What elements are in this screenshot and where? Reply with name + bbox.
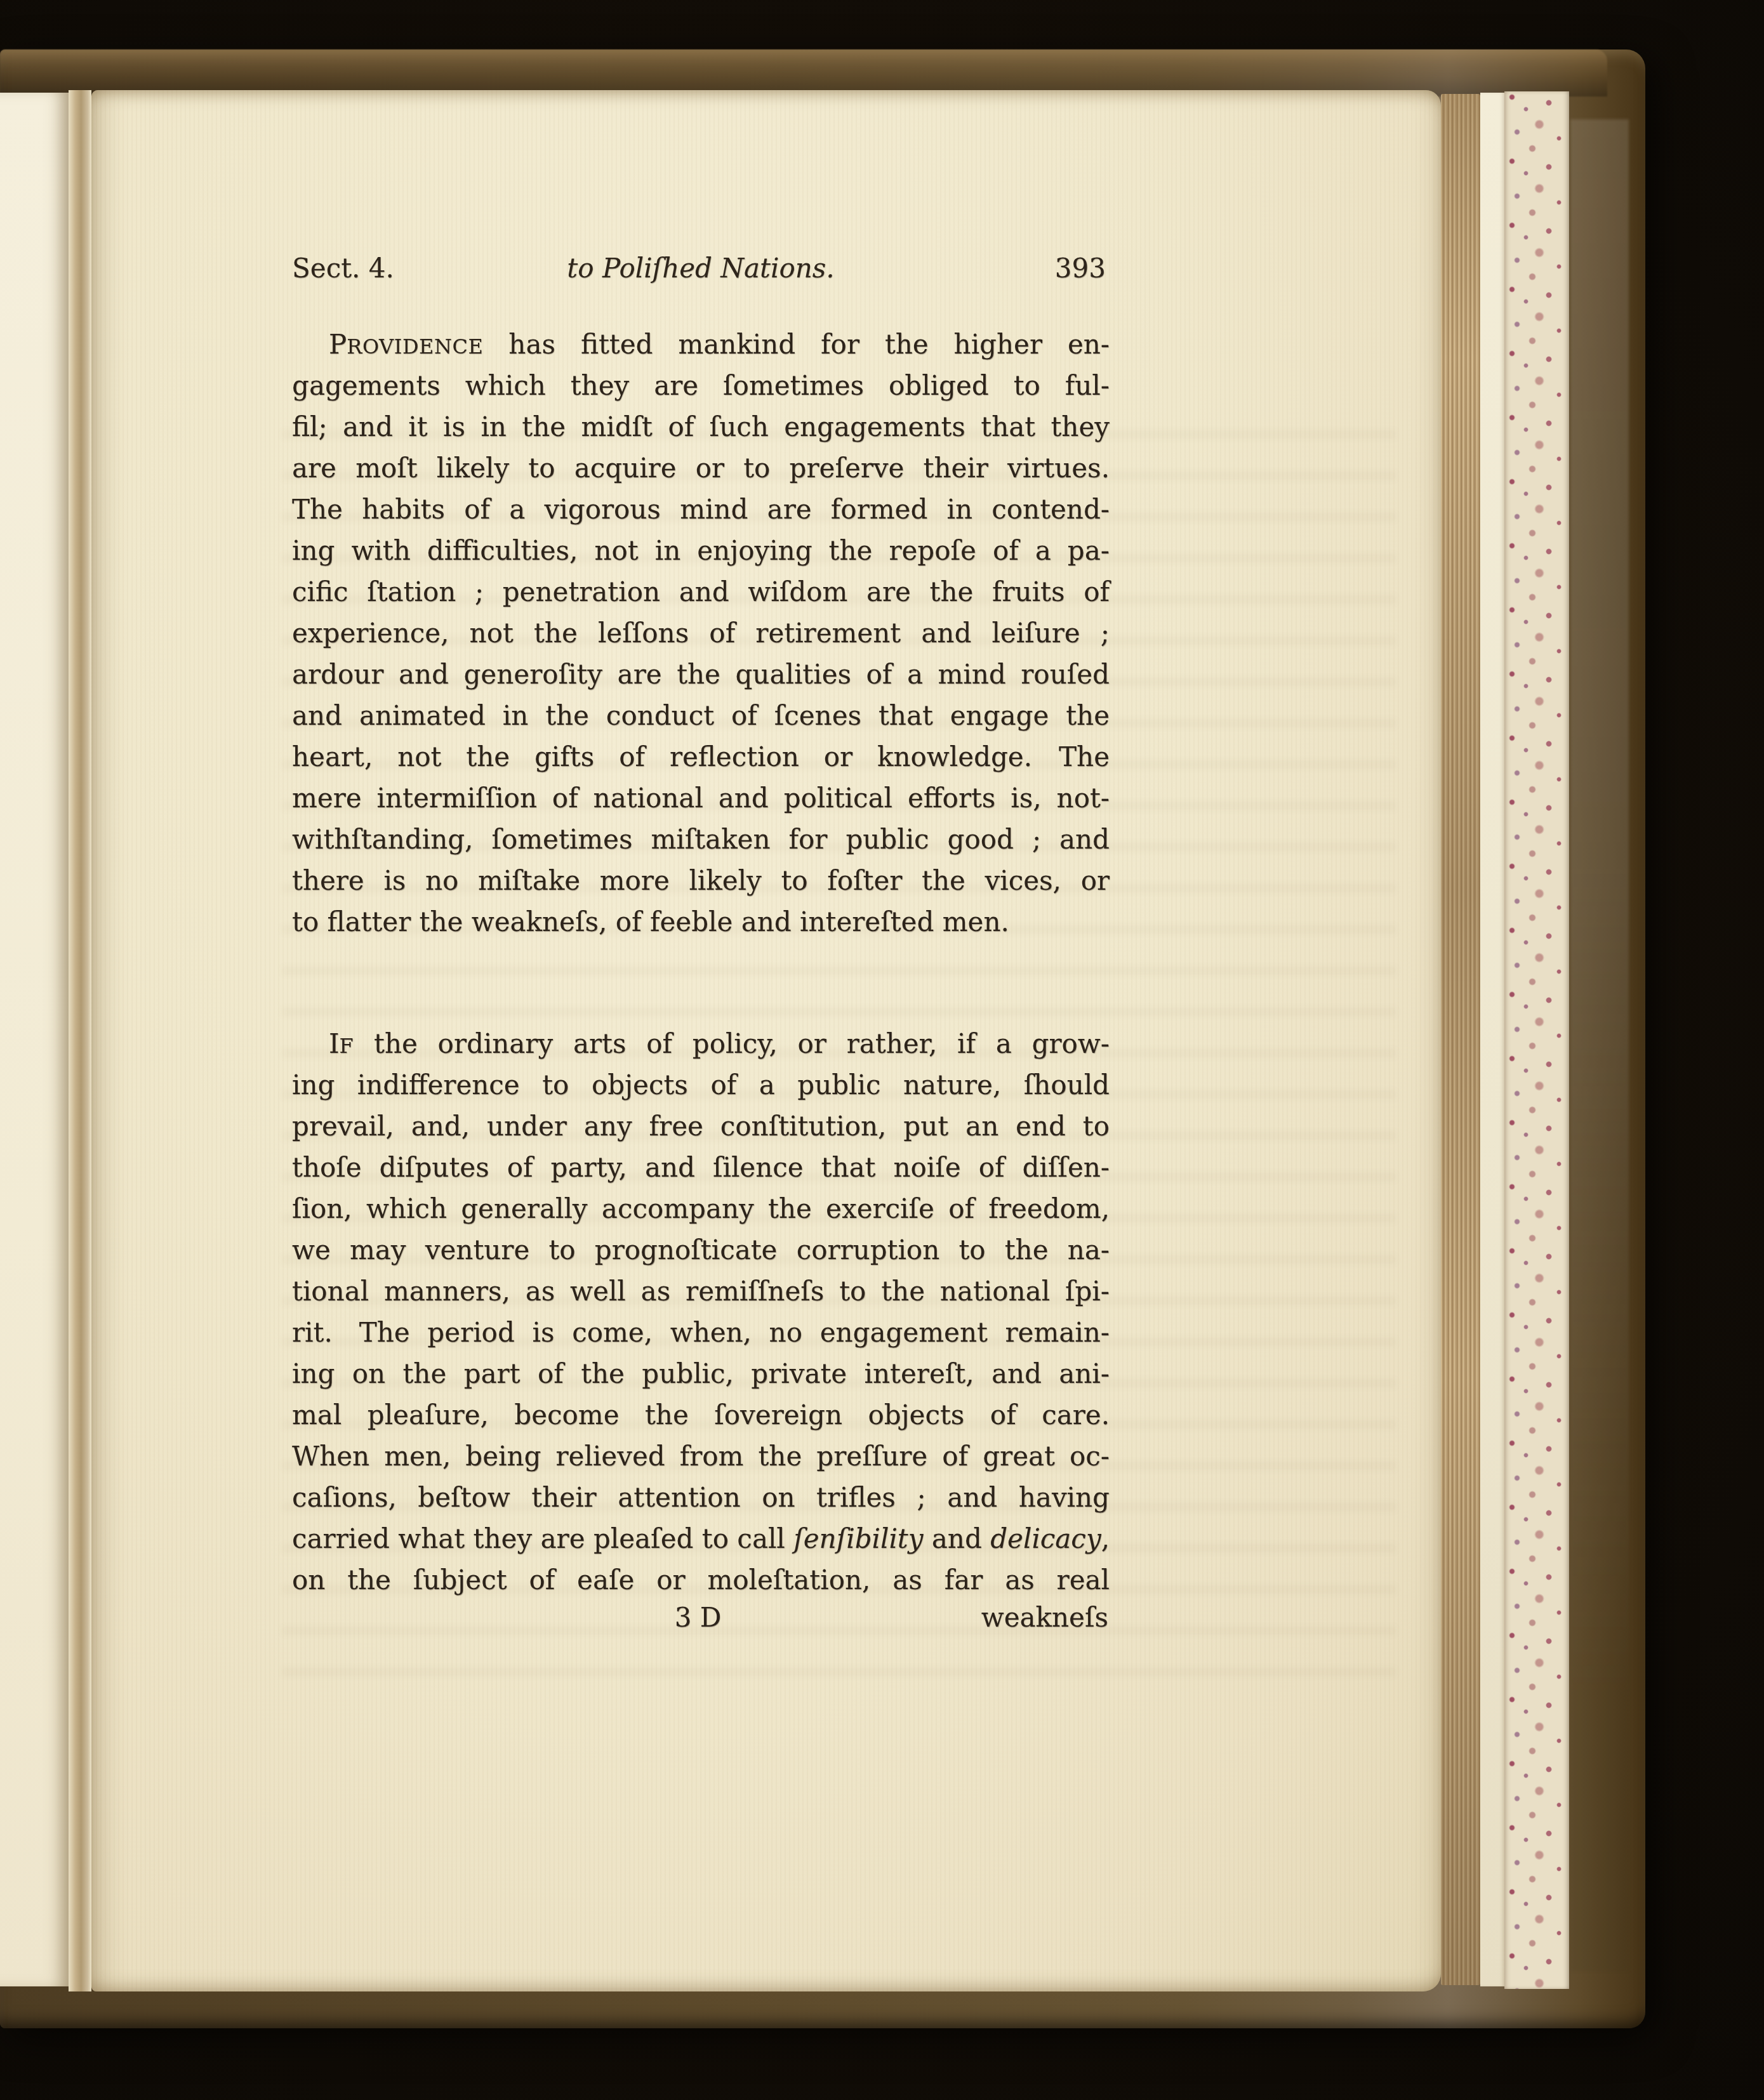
text-line: ing indifference to objects of a public …	[292, 1064, 1110, 1106]
text-segment: cific ſtation ; penetration and wiſdom a…	[292, 576, 1110, 607]
text-line: When men, being relieved from the preſſu…	[292, 1436, 1110, 1477]
text-line: caſions, beſtow their attention on trifl…	[292, 1477, 1110, 1518]
text-line: tional manners, as well as remiſſneſs to…	[292, 1271, 1110, 1312]
text-segment: ardour and generoſity are the qualities …	[292, 659, 1110, 690]
gutter-shadow	[69, 90, 91, 1991]
text-block: PROVIDENCE has fitted mankind for the hi…	[292, 324, 1110, 1638]
page-header: Sect. 4. to Poliſhed Nations. 393	[292, 246, 1110, 291]
running-title: to Poliſhed Nations.	[567, 246, 834, 291]
text-line: ing on the part of the public, private i…	[292, 1353, 1110, 1394]
text-line: we may venture to prognoſticate corrupti…	[292, 1229, 1110, 1271]
text-segment: caſions, beſtow their attention on trifl…	[292, 1482, 1110, 1513]
text-segment: and	[923, 1523, 990, 1554]
text-segment: heart, not the gifts of reflection or kn…	[292, 741, 1110, 772]
text-segment: mere intermiſſion of national and politi…	[292, 783, 1110, 814]
text-segment: and animated in the conduct of ſcenes th…	[292, 700, 1110, 731]
text-segment: I	[329, 1028, 340, 1059]
text-line: rit. The period is come, when, no engage…	[292, 1312, 1110, 1353]
text-line: mere intermiſſion of national and politi…	[292, 777, 1110, 819]
text-segment: we may venture to prognoſticate corrupti…	[292, 1234, 1110, 1265]
text-segment: When men, being relieved from the preſſu…	[292, 1441, 1110, 1472]
text-line: are moſt likely to acquire or to preſerv…	[292, 447, 1110, 489]
text-segment: has fitted mankind for the higher en-	[483, 329, 1110, 360]
text-line: ſion, which generally accompany the exer…	[292, 1188, 1110, 1229]
text-segment: on the ſubject of eaſe or moleſtation, a…	[292, 1564, 1110, 1595]
book-pages: Sect. 4. to Poliſhed Nations. 393 PROVID…	[0, 90, 1569, 1991]
text-segment: tional manners, as well as remiſſneſs to…	[292, 1276, 1110, 1307]
text-line: heart, not the gifts of reflection or kn…	[292, 736, 1110, 777]
text-line: experience, not the leſſons of retiremen…	[292, 612, 1110, 654]
text-line: carried what they are pleaſed to call ſe…	[292, 1518, 1110, 1559]
paragraph: IF the ordinary arts of policy, or rathe…	[292, 1023, 1110, 1601]
text-line: on the ſubject of eaſe or moleſtation, a…	[292, 1559, 1110, 1601]
fore-edge-page-stack	[1441, 94, 1480, 1985]
text-segment: ing indifference to objects of a public …	[292, 1069, 1110, 1100]
text-segment: to flatter the weakneſs, of feeble and i…	[292, 906, 1009, 937]
marbled-endpaper	[1504, 91, 1569, 1989]
text-segment: ſenſibility	[793, 1523, 923, 1554]
text-line: gagements which they are ſometimes oblig…	[292, 365, 1110, 406]
paragraph: PROVIDENCE has fitted mankind for the hi…	[292, 324, 1110, 942]
text-segment: rit. The period is come, when, no engage…	[292, 1317, 1110, 1348]
text-line: The habits of a vigorous mind are formed…	[292, 489, 1110, 530]
text-line: to flatter the weakneſs, of feeble and i…	[292, 901, 1110, 942]
text-line: withſtanding, ſometimes miſtaken for pub…	[292, 819, 1110, 860]
text-line: mal pleaſure, become the ſovereign objec…	[292, 1394, 1110, 1436]
text-line: ardour and generoſity are the qualities …	[292, 654, 1110, 695]
text-segment: experience, not the leſſons of retiremen…	[292, 617, 1110, 649]
text-segment: ROVIDENCE	[347, 334, 483, 359]
text-segment: gagements which they are ſometimes oblig…	[292, 370, 1110, 401]
facing-page-edge	[0, 93, 69, 1986]
text-segment: delicacy	[990, 1523, 1101, 1554]
text-line: thoſe diſputes of party, and ſilence tha…	[292, 1147, 1110, 1188]
signature-mark: 3 D	[675, 1597, 722, 1638]
top-page-edge-strip	[1480, 93, 1504, 1986]
photo-background: Sect. 4. to Poliſhed Nations. 393 PROVID…	[0, 0, 1764, 2100]
text-segment: are moſt likely to acquire or to preſerv…	[292, 452, 1110, 484]
text-line: PROVIDENCE has fitted mankind for the hi…	[292, 324, 1110, 365]
text-line: prevail, and, under any free conſtitutio…	[292, 1106, 1110, 1147]
text-segment: carried what they are pleaſed to call	[292, 1523, 793, 1554]
text-segment: ſion, which generally accompany the exer…	[292, 1193, 1110, 1224]
text-segment: ,	[1101, 1523, 1110, 1554]
text-line: there is no miſtake more likely to foſte…	[292, 860, 1110, 901]
text-line: ing with difficulties, not in enjoying t…	[292, 530, 1110, 571]
text-segment: prevail, and, under any free conſtitutio…	[292, 1111, 1110, 1142]
text-segment: P	[329, 329, 347, 360]
book-page: Sect. 4. to Poliſhed Nations. 393 PROVID…	[91, 90, 1441, 1991]
text-segment: thoſe diſputes of party, and ſilence tha…	[292, 1152, 1110, 1183]
text-line: cific ſtation ; penetration and wiſdom a…	[292, 571, 1110, 612]
text-line: IF the ordinary arts of policy, or rathe…	[292, 1023, 1110, 1064]
catchword: weakneſs	[981, 1597, 1108, 1638]
text-segment: the ordinary arts of policy, or rather, …	[354, 1028, 1110, 1059]
text-segment: mal pleaſure, become the ſovereign objec…	[292, 1399, 1110, 1430]
text-segment: F	[340, 1034, 354, 1058]
page-footer: 3 Dweakneſs	[292, 1597, 1110, 1638]
text-segment: ing on the part of the public, private i…	[292, 1358, 1110, 1389]
text-segment: ing with difficulties, not in enjoying t…	[292, 535, 1110, 566]
text-segment: fil; and it is in the midſt of ſuch enga…	[292, 411, 1110, 442]
text-segment: The habits of a vigorous mind are formed…	[292, 494, 1110, 525]
text-segment: there is no miſtake more likely to foſte…	[292, 865, 1110, 896]
page-number: 393	[1055, 246, 1106, 291]
text-line: and animated in the conduct of ſcenes th…	[292, 695, 1110, 736]
section-label: Sect. 4.	[292, 246, 394, 291]
text-line: fil; and it is in the midſt of ſuch enga…	[292, 406, 1110, 447]
text-segment: withſtanding, ſometimes miſtaken for pub…	[292, 824, 1110, 855]
